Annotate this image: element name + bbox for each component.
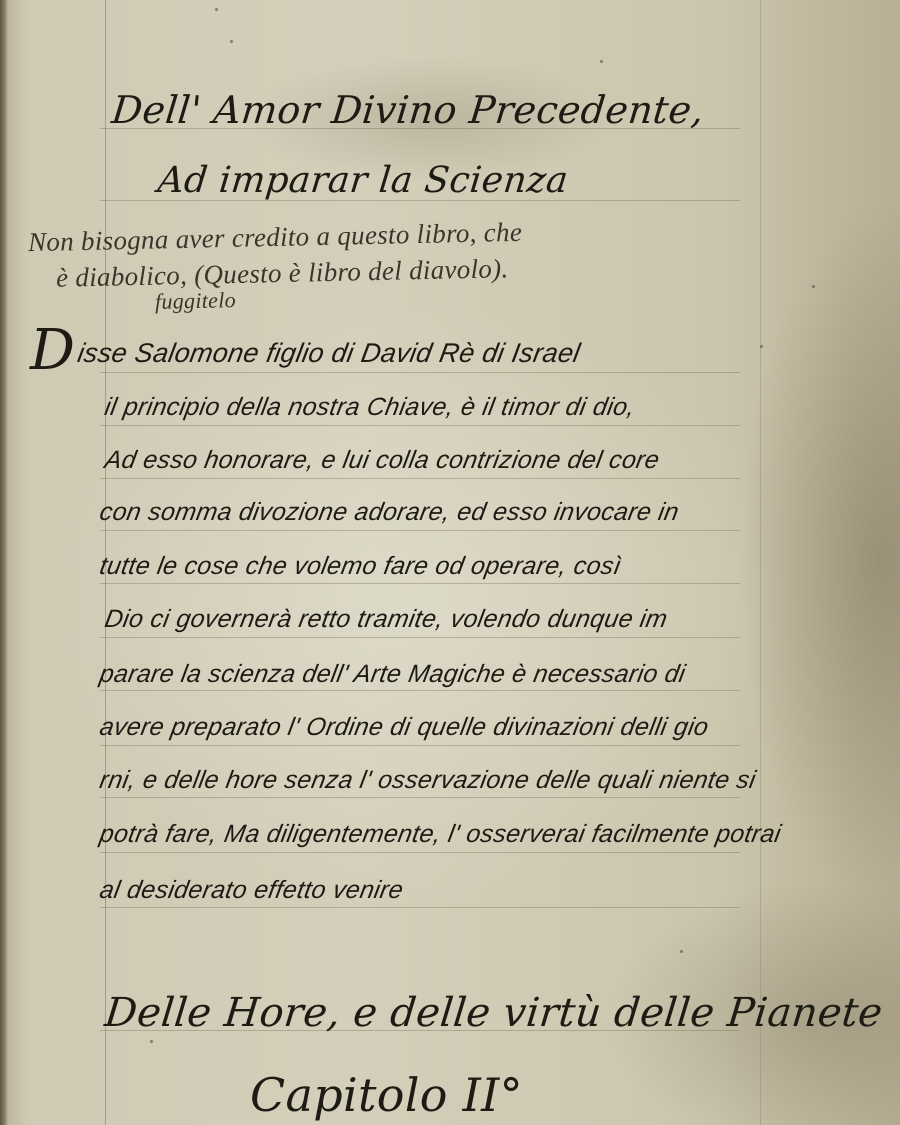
ink-speck bbox=[760, 345, 763, 348]
ruled-line bbox=[100, 530, 740, 531]
manuscript-page: Dell' Amor Divino Precedente, Ad imparar… bbox=[0, 0, 900, 1125]
ruled-line bbox=[100, 637, 740, 638]
ink-speck bbox=[230, 40, 233, 43]
title-line-2: Ad imparar la Scienza bbox=[156, 160, 570, 201]
body-line: Dio ci governerà retto tramite, volendo … bbox=[102, 605, 669, 634]
page-edge bbox=[0, 0, 8, 1125]
ruled-line bbox=[100, 690, 740, 691]
body-line: Ad esso honorare, e lui colla contrizion… bbox=[102, 446, 661, 475]
chapter-label: Capitolo II° bbox=[250, 1068, 523, 1122]
ink-speck bbox=[680, 950, 683, 953]
body-line: rni, e delle hore senza l' osservazione … bbox=[97, 766, 758, 795]
ruled-line bbox=[100, 852, 740, 853]
body-line: il principio della nostra Chiave, è il t… bbox=[102, 393, 637, 422]
body-line: tutte le cose che volemo fare od operare… bbox=[97, 552, 623, 581]
annotation-line-3: fuggitelo bbox=[155, 287, 236, 315]
chapter-heading: Delle Hore, e delle virtù delle Pianete bbox=[103, 990, 885, 1036]
annotation-line-2: è diabolico, (Questo è libro del diavolo… bbox=[56, 253, 509, 293]
ruled-line bbox=[100, 745, 740, 746]
ink-speck bbox=[812, 285, 815, 288]
body-line-1: isse Salomone figlio di David Rè di Isra… bbox=[75, 338, 582, 369]
ruled-line bbox=[100, 478, 740, 479]
annotation-line-1: Non bisogna aver credito a questo libro,… bbox=[28, 217, 523, 258]
body-line: avere preparato l' Ordine di quelle divi… bbox=[97, 713, 710, 742]
ruled-line bbox=[100, 425, 740, 426]
margin-rule-right bbox=[760, 0, 761, 1125]
ruled-line bbox=[100, 583, 740, 584]
ink-speck bbox=[215, 8, 218, 11]
ruled-line bbox=[100, 372, 740, 373]
body-line: con somma divozione adorare, ed esso inv… bbox=[97, 498, 681, 527]
body-line: potrà fare, Ma diligentemente, l' osserv… bbox=[97, 820, 783, 849]
ink-speck bbox=[150, 1040, 153, 1043]
ruled-line bbox=[100, 907, 740, 908]
title-line-1: Dell' Amor Divino Precedente, bbox=[110, 88, 706, 132]
drop-initial: D bbox=[30, 318, 75, 383]
ink-speck bbox=[600, 60, 603, 63]
body-line: parare la scienza dell' Arte Magiche è n… bbox=[97, 660, 687, 689]
ruled-line bbox=[100, 797, 740, 798]
body-line: al desiderato effetto venire bbox=[97, 876, 405, 905]
